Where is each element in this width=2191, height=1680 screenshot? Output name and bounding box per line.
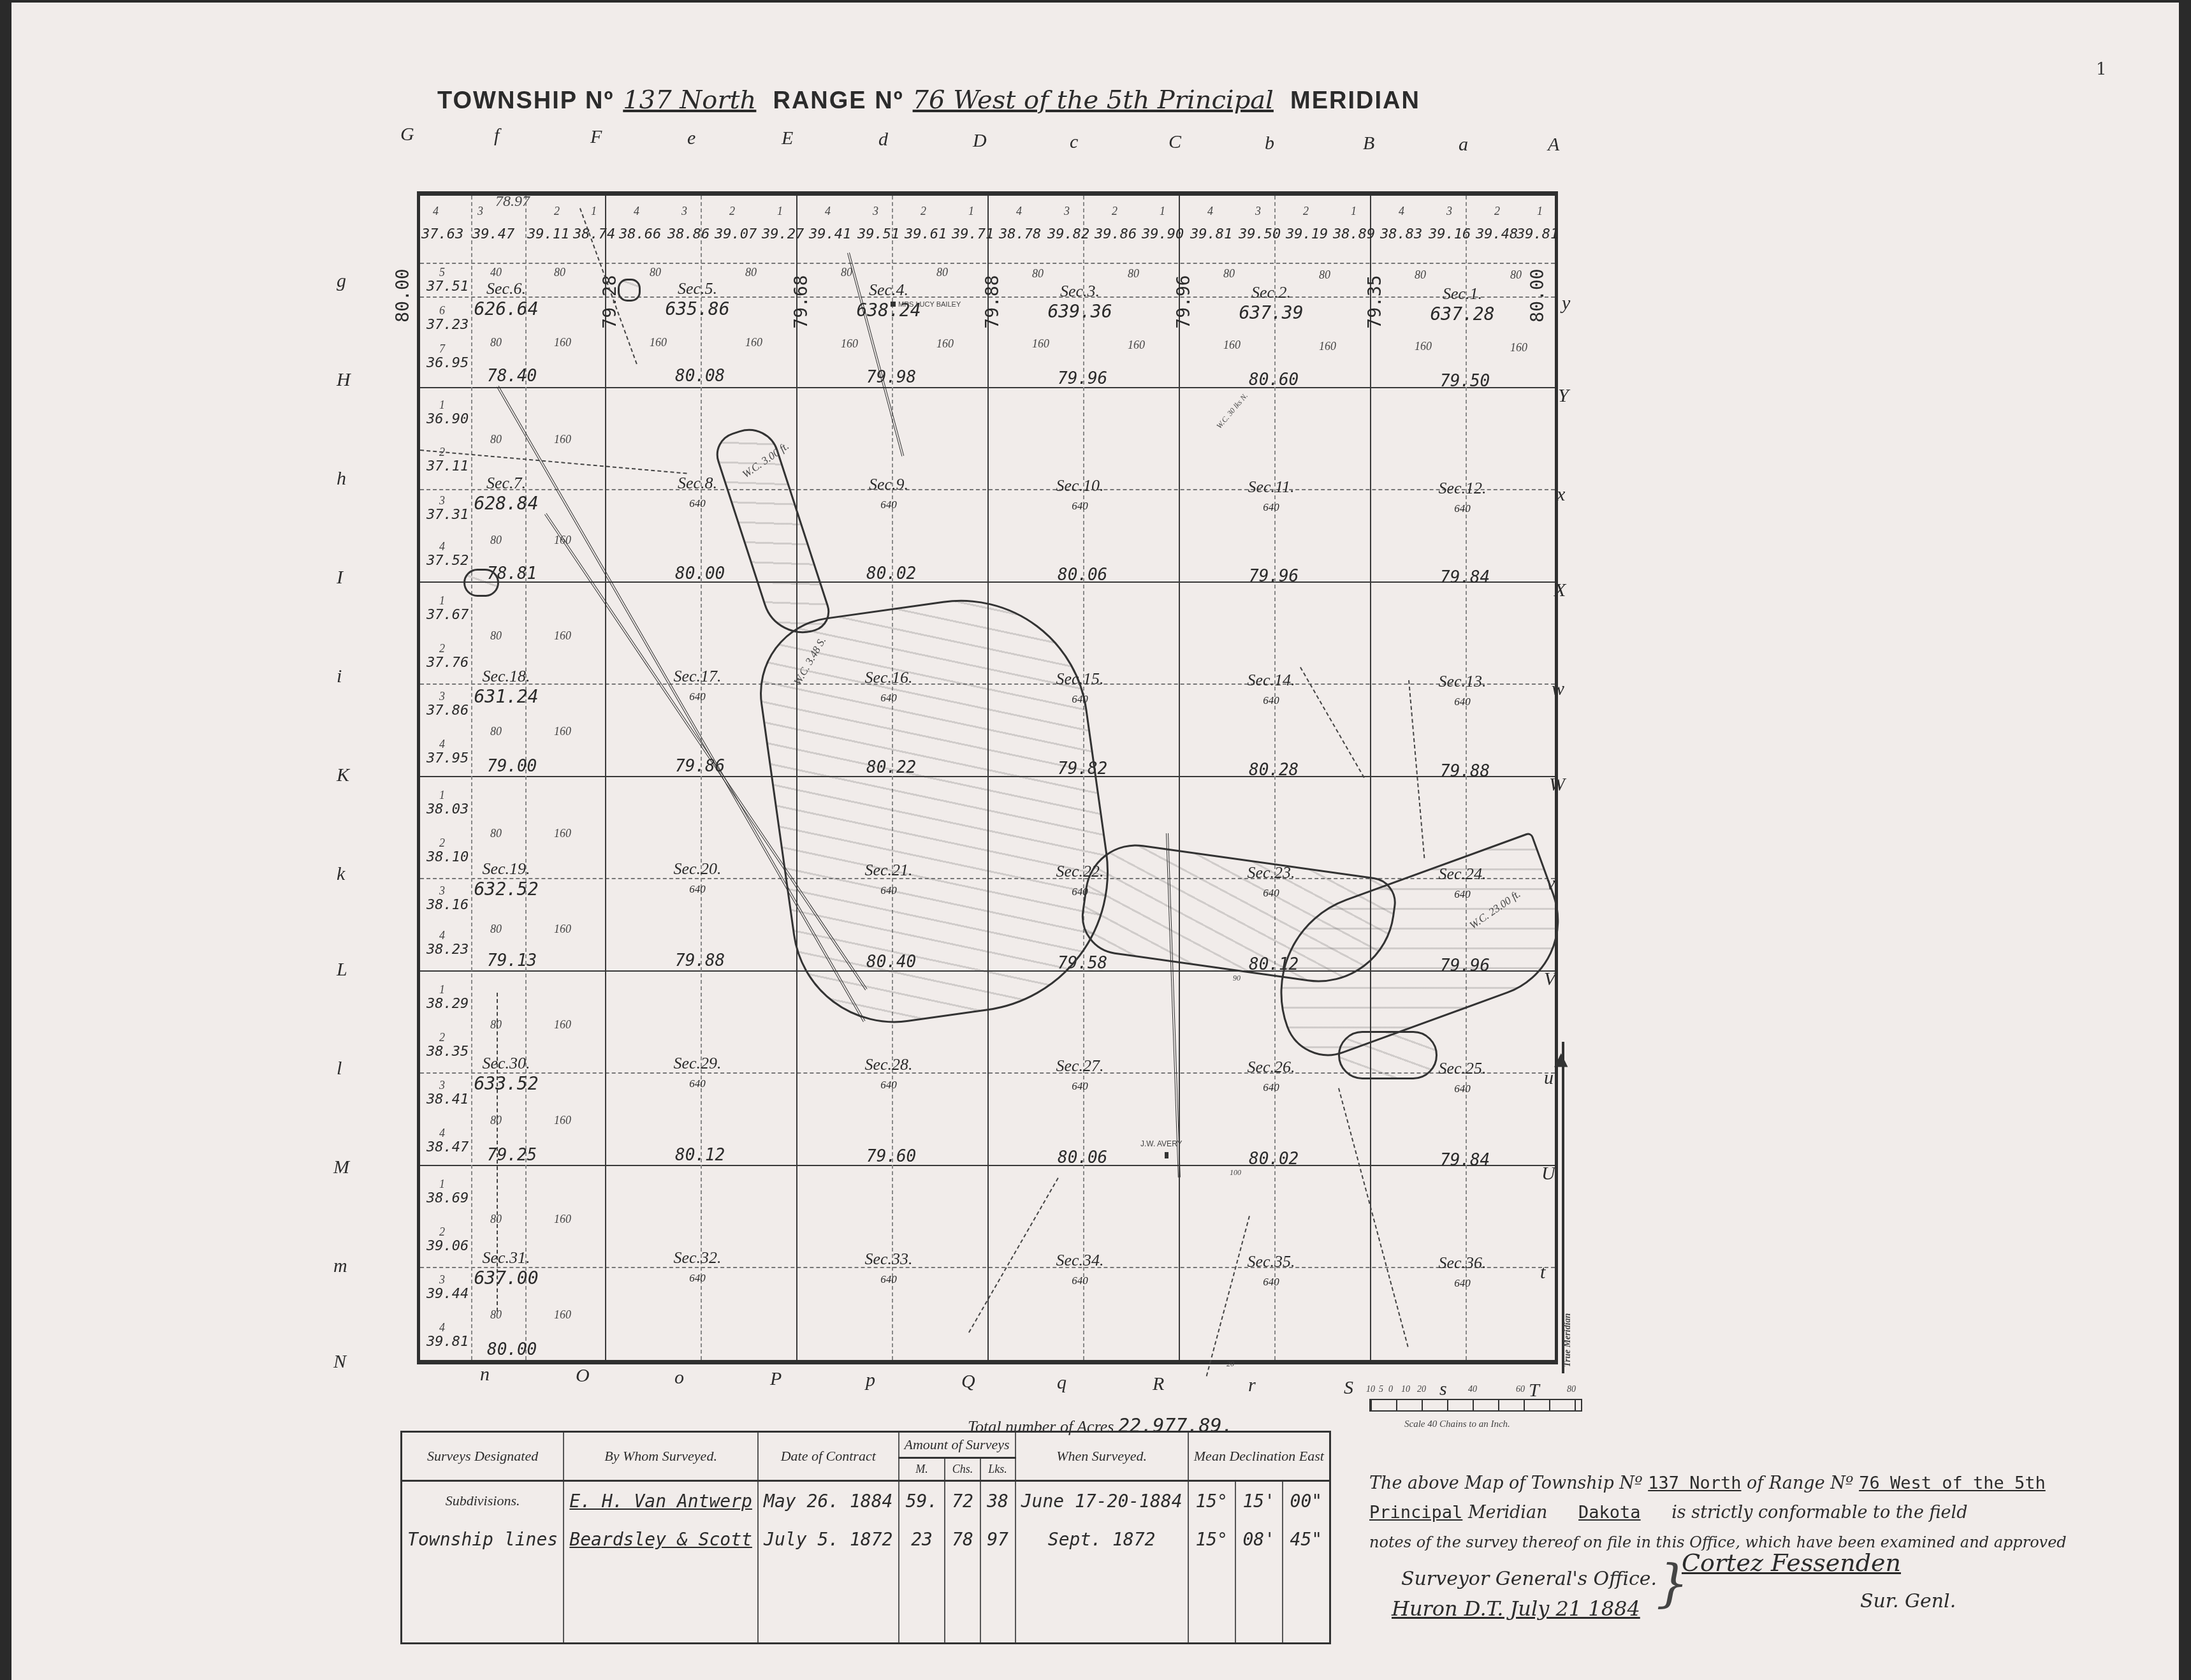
chain-value: 80.12 <box>675 1146 725 1165</box>
top-letter: F <box>590 126 602 148</box>
section: Sec.25.640 <box>1411 1058 1513 1099</box>
chain-value: 78.40 <box>487 367 537 386</box>
lot-acreage: 39.81 <box>1517 226 1559 242</box>
top-letter: C <box>1168 131 1181 153</box>
note-20: 20 <box>1227 1359 1234 1369</box>
lot-acreage: 38.78 <box>999 226 1041 242</box>
top-letter: b <box>1265 133 1274 154</box>
meander-note: 78.97 <box>495 193 530 210</box>
table-row: Township lines Beardsley & Scott July 5.… <box>402 1520 1330 1558</box>
lot-acreage: 39.47 <box>472 226 514 242</box>
map-sheet: TOWNSHIP Nº137 North RANGE Nº76 West of … <box>11 3 2179 1680</box>
signer-title: Sur. Genl. <box>1860 1590 1956 1612</box>
col-date-contract: Date of Contract <box>758 1432 898 1481</box>
pond-west <box>463 569 499 597</box>
left-letter: H <box>337 369 351 391</box>
bottom-letter: q <box>1057 1372 1066 1394</box>
section: Sec.30.633.52 <box>455 1053 557 1094</box>
lot-number: 3 <box>1255 205 1261 218</box>
note-100: 100 <box>1230 1168 1241 1178</box>
left-letter: h <box>337 468 346 490</box>
section: Sec.21.640 <box>838 860 940 901</box>
lot-number: 3 <box>1446 205 1452 218</box>
bottom-letter: P <box>770 1368 782 1390</box>
section: Sec.6.626.64 <box>455 279 557 319</box>
chain-value: 79.84 <box>1440 568 1490 587</box>
left-letter: N <box>333 1351 346 1373</box>
true-meridian-label: True Meridian <box>1563 1313 1573 1368</box>
left-letter: L <box>337 959 347 981</box>
chain-value: 80.02 <box>1249 1150 1299 1169</box>
chain-value: 79.25 <box>487 1146 537 1165</box>
section: Sec.2.637.39 <box>1220 282 1322 323</box>
vertical-chain: 79.68 <box>790 275 812 328</box>
section: Sec.13.640 <box>1411 671 1513 712</box>
section-line <box>1370 196 1371 1360</box>
lot-number: 3 <box>873 205 878 218</box>
lot-acreage: 39.90 <box>1142 226 1184 242</box>
section: Sec.15.640 <box>1029 669 1131 710</box>
bottom-letter: r <box>1248 1375 1256 1396</box>
section: Sec.10.640 <box>1029 476 1131 516</box>
east-boundary-chain: 80.00 <box>1527 268 1548 322</box>
vertical-chain: 79.28 <box>599 275 620 328</box>
lot-acreage: 39.61 <box>905 226 947 242</box>
house-icon <box>891 302 896 307</box>
lot-acreage: 38.74 <box>573 226 615 242</box>
bottom-letter: Q <box>961 1371 975 1392</box>
lot-acreage: 37.63 <box>421 226 463 242</box>
chain-value: 79.98 <box>866 368 916 387</box>
section: Sec.29.640 <box>646 1053 748 1094</box>
lot-number: 4 <box>1207 205 1213 218</box>
township-number: 137 North <box>614 85 765 115</box>
lot-number: 1 <box>1537 205 1543 218</box>
top-letter: B <box>1363 133 1374 154</box>
west-boundary-chain: 80.00 <box>392 268 413 322</box>
section: Sec.17.640 <box>646 666 748 707</box>
chain-value: 79.88 <box>675 951 725 970</box>
lot-acreage: 39.50 <box>1239 226 1281 242</box>
lot-number: 1 <box>1160 205 1165 218</box>
chain-value: 80.00 <box>675 564 725 583</box>
scale-caption: Scale 40 Chains to an Inch. <box>1404 1419 1510 1430</box>
right-letter: Y <box>1558 385 1569 407</box>
top-letter: G <box>400 124 414 145</box>
chain-value: 79.50 <box>1440 372 1490 391</box>
section: Sec.34.640 <box>1029 1250 1131 1291</box>
chain-value: 79.96 <box>1058 369 1107 388</box>
section: Sec.7.628.84 <box>455 473 557 514</box>
chain-value: 80.06 <box>1058 1148 1107 1167</box>
lot-number: 3 <box>681 205 687 218</box>
section: Sec.24.640 <box>1411 864 1513 905</box>
section: Sec.32.640 <box>646 1248 748 1289</box>
section: Sec.26.640 <box>1220 1057 1322 1098</box>
section: Sec.5.635.86 <box>646 279 748 319</box>
lot-line <box>471 196 472 1360</box>
right-letter: y <box>1562 293 1570 314</box>
house-icon <box>1165 1152 1168 1158</box>
lot-number: 2 <box>729 205 735 218</box>
section: Sec.14.640 <box>1220 670 1322 711</box>
chain-value: 79.60 <box>866 1147 916 1166</box>
scale-ruler <box>1369 1399 1582 1412</box>
range-number: 76 West of the 5th Principal <box>904 85 1283 115</box>
bottom-letter: p <box>866 1370 875 1391</box>
lot-acreage: 38.66 <box>619 226 661 242</box>
lot-acreage: 39.41 <box>809 226 851 242</box>
witness-corner-note: W.C. 30 lks N. <box>1214 391 1249 431</box>
lot-number: 4 <box>634 205 639 218</box>
section: Sec.23.640 <box>1220 863 1322 903</box>
lot-number: 4 <box>433 205 439 218</box>
sub-col-miles: M. <box>899 1458 945 1481</box>
left-letter: I <box>337 567 343 588</box>
lot-acreage: 38.89 <box>1333 226 1375 242</box>
stream <box>1338 1088 1409 1347</box>
lot-acreage: 39.48 <box>1476 226 1518 242</box>
col-amount: Amount of Surveys <box>899 1432 1015 1458</box>
lot-number: 3 <box>1064 205 1070 218</box>
pond-small <box>618 279 641 302</box>
section: Sec.22.640 <box>1029 861 1131 902</box>
section-line <box>605 196 606 1360</box>
section: Sec.31.637.00 <box>455 1248 557 1289</box>
left-letter: i <box>337 666 342 687</box>
place-date: Huron D.T. July 21 1884 <box>1392 1596 1640 1621</box>
lot-number: 2 <box>554 205 560 218</box>
top-letter: d <box>878 129 888 150</box>
left-letter: K <box>337 764 349 786</box>
table-row-empty <box>402 1558 1330 1644</box>
lot-acreage: 39.16 <box>1429 226 1471 242</box>
bottom-letter: O <box>576 1365 590 1387</box>
chain-value: 79.13 <box>487 951 537 970</box>
township-plat: 4 3 2 1 4 3 2 1 4 3 2 1 4 3 2 1 4 3 2 1 … <box>417 191 1558 1364</box>
lot-number: 4 <box>1399 205 1404 218</box>
col-by-whom: By Whom Surveyed. <box>564 1432 758 1481</box>
section: Sec.20.640 <box>646 859 748 900</box>
chain-value: 79.00 <box>487 757 537 776</box>
bottom-letter: T <box>1529 1380 1540 1401</box>
section: Sec.8.640 <box>646 473 748 514</box>
section: Sec.18.631.24 <box>455 666 557 707</box>
vertical-chain: 79.96 <box>1173 275 1194 328</box>
page-marker: 1 <box>2096 60 2107 79</box>
stream <box>1206 1216 1250 1377</box>
lot-acreage: 39.07 <box>715 226 757 242</box>
section: Sec.33.640 <box>838 1249 940 1290</box>
col-surveys-designated: Surveys Designated <box>402 1432 564 1481</box>
section: Sec.19.632.52 <box>455 859 557 900</box>
lot-acreage: 39.51 <box>857 226 899 242</box>
top-letter: e <box>687 128 695 149</box>
chain-value: 79.88 <box>1440 762 1490 781</box>
left-letter: l <box>337 1058 342 1079</box>
chain-value: 80.28 <box>1249 761 1299 780</box>
chain-value: 79.96 <box>1249 567 1299 586</box>
lot-number: 4 <box>825 205 831 218</box>
section: Sec.12.640 <box>1411 478 1513 519</box>
lot-number: 1 <box>591 205 597 218</box>
section: Sec.28.640 <box>838 1055 940 1095</box>
bottom-letter: s <box>1439 1378 1447 1400</box>
certification-text: The above Map of Township Nº 137 North o… <box>1369 1469 2083 1557</box>
note-90: 90 <box>1233 974 1241 983</box>
lot-number: 1 <box>777 205 783 218</box>
survey-table: Surveys Designated By Whom Surveyed. Dat… <box>400 1431 1331 1644</box>
lot-number: 2 <box>921 205 926 218</box>
col-when-surveyed: When Surveyed. <box>1015 1432 1188 1481</box>
settler-label-bailey: MRS LUCY BAILEY <box>898 301 961 309</box>
section: Sec.36.640 <box>1411 1253 1513 1294</box>
section: Sec.4.638.24 <box>838 280 940 321</box>
vertical-chain: 79.35 <box>1364 275 1385 328</box>
left-letter: k <box>337 863 345 885</box>
chain-value: 80.08 <box>675 367 725 386</box>
sub-col-links: Lks. <box>980 1458 1015 1481</box>
bottom-letter: S <box>1344 1377 1353 1399</box>
table-row: Subdivisions. E. H. Van Antwerp May 26. … <box>402 1481 1330 1521</box>
section: Sec.11.640 <box>1220 477 1322 518</box>
lot-number: 2 <box>1494 205 1500 218</box>
top-letter: D <box>973 130 987 152</box>
section: Sec.3.639.36 <box>1029 281 1131 322</box>
chain-value: 80.60 <box>1249 370 1299 390</box>
left-letter: m <box>333 1255 347 1277</box>
lot-acreage: 39.81 <box>1190 226 1232 242</box>
bottom-letter: o <box>674 1367 684 1389</box>
lot-acreage: 38.86 <box>667 226 710 242</box>
chain-value: 79.84 <box>1440 1151 1490 1170</box>
lake-marsh <box>750 583 1127 1036</box>
left-letter: g <box>337 270 346 292</box>
lot-number: 1 <box>1351 205 1357 218</box>
chain-value: 80.06 <box>1058 566 1107 585</box>
lot-acreage: 39.82 <box>1047 226 1089 242</box>
top-letter: a <box>1459 134 1468 156</box>
bottom-letter: n <box>480 1364 490 1385</box>
section: Sec.35.640 <box>1220 1252 1322 1292</box>
lot-number: 2 <box>1112 205 1117 218</box>
settler-label-avery: J.W. AVERY <box>1140 1139 1183 1148</box>
section: Sec.1.637.28 <box>1411 284 1513 325</box>
lot-number: 2 <box>1303 205 1309 218</box>
section: Sec.16.640 <box>838 668 940 708</box>
map-title: TOWNSHIP Nº137 North RANGE Nº76 West of … <box>437 85 1420 115</box>
lot-acreage: 39.86 <box>1095 226 1137 242</box>
arrowhead-icon: ▲ <box>1554 1048 1568 1069</box>
sub-col-chains: Chs. <box>945 1458 980 1481</box>
chain-value: 80.00 <box>487 1340 537 1359</box>
section: Sec.27.640 <box>1029 1056 1131 1097</box>
surveyor-office: Surveyor General's Office. <box>1401 1568 1657 1590</box>
lot-acreage: 39.27 <box>762 226 804 242</box>
vertical-chain: 79.88 <box>982 275 1003 328</box>
lot-acreage: 38.83 <box>1380 226 1422 242</box>
top-letter: E <box>782 128 793 149</box>
section-line <box>1179 196 1180 1360</box>
lot-acreage: 39.71 <box>952 226 994 242</box>
bottom-letter: R <box>1153 1373 1164 1395</box>
top-letter: A <box>1548 134 1559 156</box>
lot-number: 3 <box>477 205 483 218</box>
lot-acreage: 39.19 <box>1286 226 1328 242</box>
col-declination: Mean Declination East <box>1188 1432 1330 1481</box>
signature: Cortez Fessenden <box>1682 1549 1901 1577</box>
left-letter: M <box>333 1157 349 1178</box>
top-letter: c <box>1070 131 1078 153</box>
lot-acreage: 39.11 <box>527 226 569 242</box>
lot-number: 4 <box>1016 205 1022 218</box>
top-letter: f <box>494 125 499 147</box>
lot-number: 1 <box>968 205 974 218</box>
chain-value: 80.02 <box>866 564 916 583</box>
section: Sec.9.640 <box>838 474 940 515</box>
